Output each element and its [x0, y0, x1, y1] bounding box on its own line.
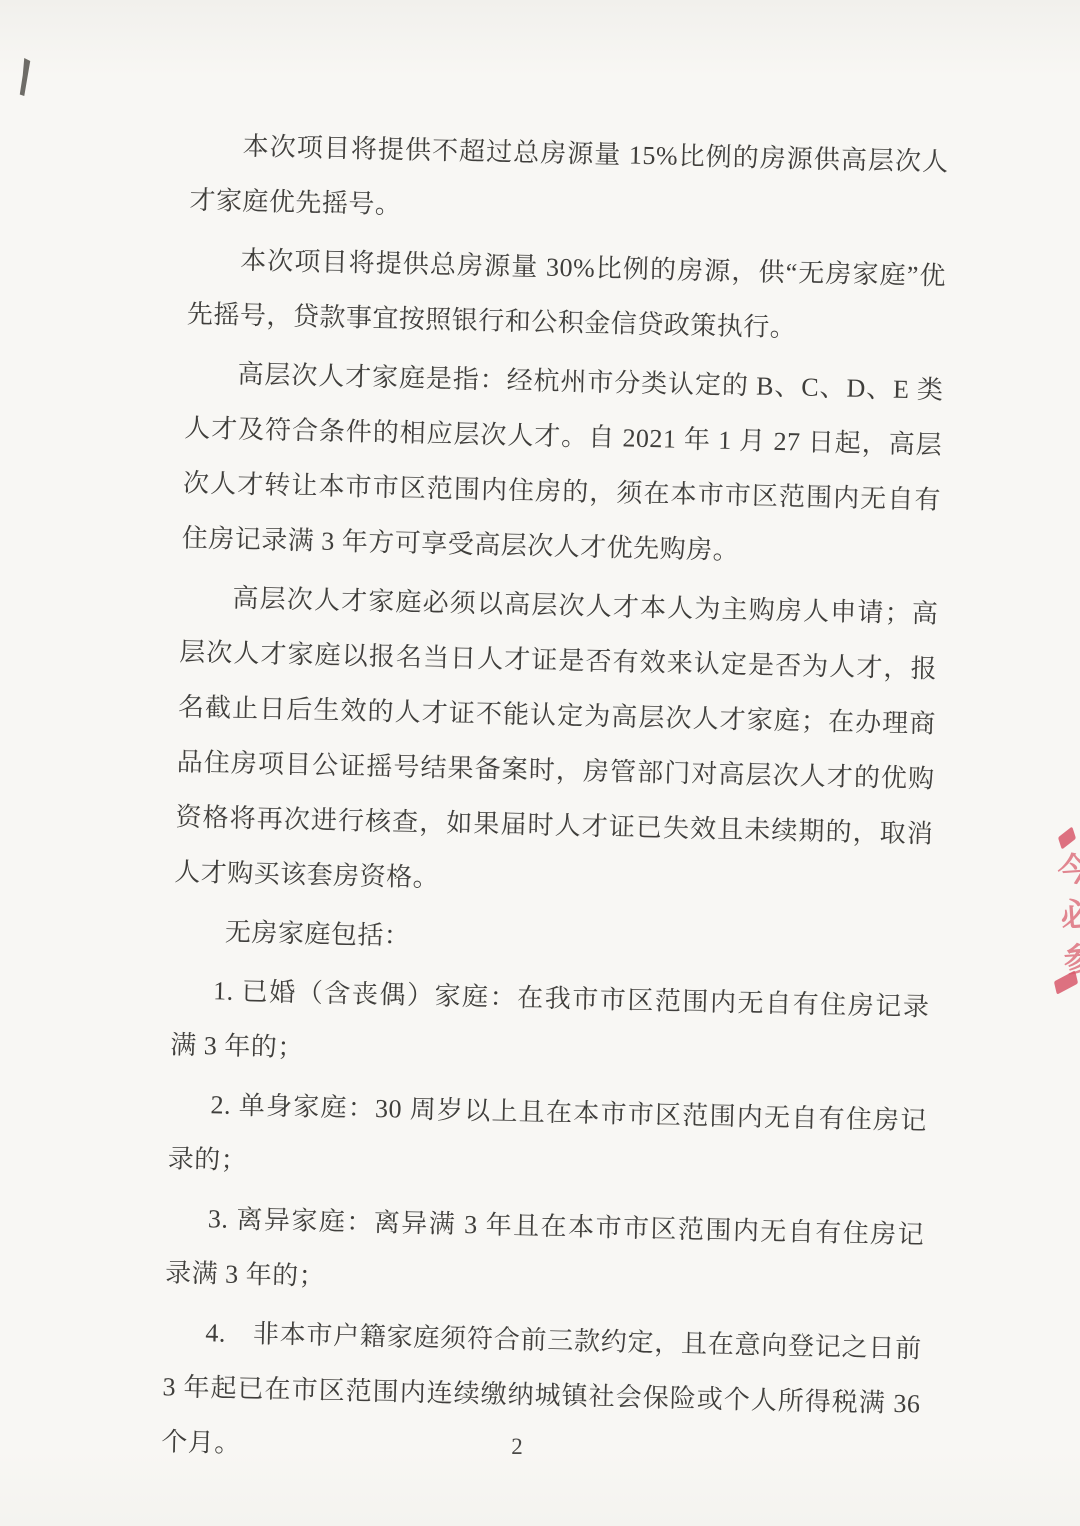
paragraph: 高层次人才家庭必须以高层次人才本人为主购房人申请；高层次人才家庭以报名当日人才证…	[174, 569, 939, 916]
list-item: 3. 离异家庭：离异满 3 年且在本市市区范围内无自有住房记录满 3 年的；	[165, 1190, 925, 1317]
document-page: 本次项目将提供不超过总房源量 15%比例的房源供高层次人才家庭优先摇号。 本次项…	[0, 0, 1080, 1526]
list-item: 1. 已婚（含丧偶）家庭：在我市市区范围内无自有住房记录满 3 年的；	[170, 962, 930, 1089]
red-seal-stamp: 今必参	[1046, 824, 1080, 1014]
paragraph: 本次项目将提供总房源量 30%比例的房源，供“无房家庭”优先摇号，贷款事宜按照银…	[186, 232, 946, 359]
scan-artifact-mark	[16, 58, 31, 96]
seal-stroke-icon	[1058, 826, 1076, 849]
document-text-block: 本次项目将提供不超过总房源量 15%比例的房源供高层次人才家庭优先摇号。 本次项…	[161, 114, 950, 1487]
seal-glyphs: 今必参	[1046, 851, 1080, 989]
paragraph: 高层次人才家庭是指：经杭州市分类认定的 B、C、D、E 类人才及符合条件的相应层…	[181, 346, 944, 583]
list-item: 2. 单身家庭：30 周岁以上且在本市市区范围内无自有住房记录的；	[167, 1076, 927, 1203]
paragraph: 本次项目将提供不超过总房源量 15%比例的房源供高层次人才家庭优先摇号。	[189, 118, 949, 245]
page-number: 2	[0, 1434, 1035, 1460]
